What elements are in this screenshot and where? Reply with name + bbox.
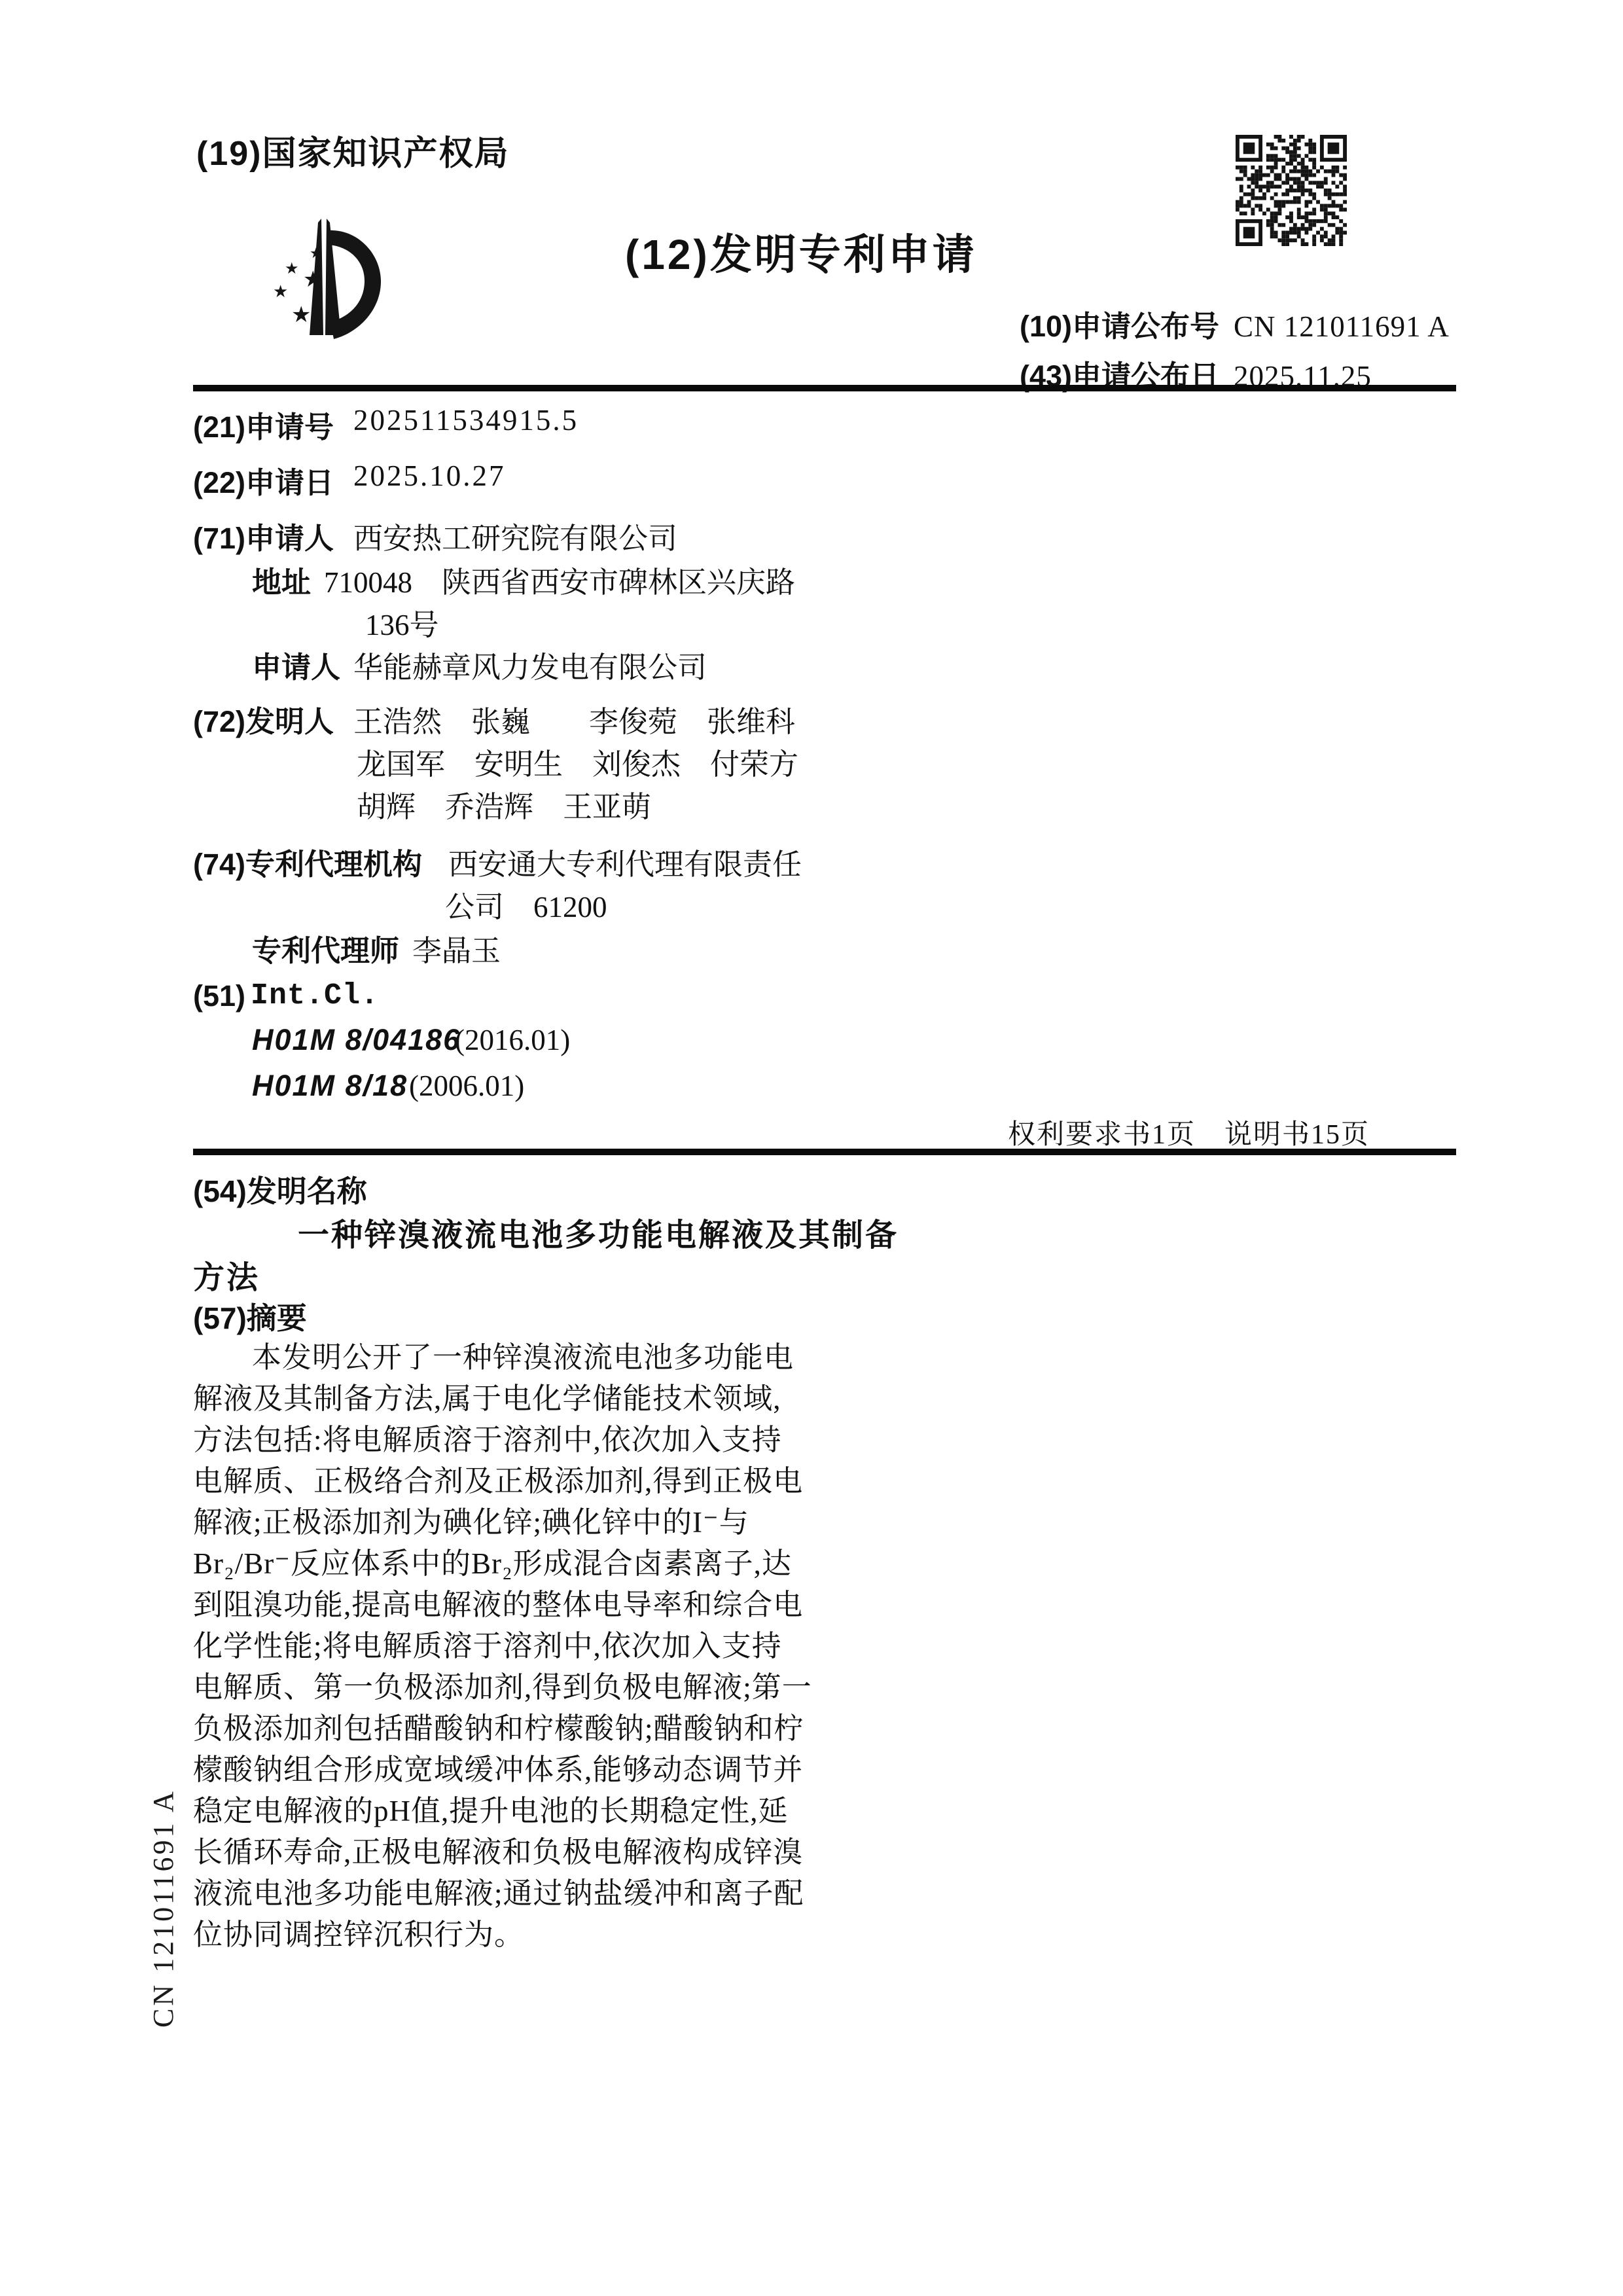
patent-front-page: (19)国家知识产权局 ★ ★ ★ ★ ★ (12)发明专利申请 (10)申请公… [0, 0, 1623, 2296]
abstract-line: 方法包括:将电解质溶于溶剂中,依次加入支持 [193, 1420, 919, 1461]
abstract-line: 负极添加剂包括醋酸钠和柠檬酸钠;醋酸钠和柠 [193, 1708, 919, 1749]
svg-text:★: ★ [285, 259, 299, 278]
publication-number-value: CN 121011691 A [1234, 310, 1450, 343]
applicant2-value: 华能赫章风力发电有限公司 [353, 643, 707, 686]
abstract-line: 液流电池多功能电解液;通过钠盐缓冲和离子配 [193, 1873, 919, 1914]
cnipa-logo-icon: ★ ★ ★ ★ ★ [259, 213, 386, 344]
document-type-title: (12)发明专利申请 [625, 221, 977, 281]
filing-date-value: 2025.10.27 [353, 459, 506, 493]
abstract-line: 到阻溴功能,提高电解液的整体电导率和综合电 [193, 1585, 919, 1626]
publication-number-row: (10)申请公布号CN 121011691 A [1020, 302, 1450, 345]
abstract-line: 长循环寿命,正极电解液和负极电解液构成锌溴 [193, 1832, 919, 1873]
intcl-title: Int.Cl. [251, 979, 379, 1013]
pages-note: 权利要求书1页 说明书15页 [1008, 1113, 1370, 1152]
application-number-value: 202511534915.5 [353, 403, 579, 437]
agency-line1: 西安通大专利代理有限责任 [448, 840, 802, 883]
abstract-line: 电解质、第一负极添加剂,得到负极电解液;第一 [193, 1667, 919, 1708]
abstract-line: Br₂/Br⁻反应体系中的Br₂形成混合卤素离子,达 [193, 1543, 919, 1585]
abstract-line: 电解质、正极络合剂及正极添加剂,得到正极电 [193, 1461, 919, 1502]
inventors-label: (72)发明人 [193, 698, 334, 740]
abstract-line: 本发明公开了一种锌溴液流电池多功能电 [193, 1337, 919, 1378]
applicant1-value: 西安热工研究院有限公司 [353, 514, 677, 557]
biblio-divider [193, 1149, 1456, 1155]
ipc-code: H01M 8/18 [252, 1069, 408, 1103]
invention-title-line1: 一种锌溴液流电池多功能电解液及其制备 [298, 1210, 899, 1255]
ipc-version: (2016.01) [455, 1023, 570, 1057]
inventors-line1: 王浩然 张巍 李俊菀 张维科 [353, 698, 795, 740]
abstract-line: 位协同调控锌沉积行为。 [193, 1914, 919, 1956]
inventors-line3: 胡辉 乔浩辉 王亚萌 [357, 783, 651, 825]
qr-code [1236, 135, 1347, 246]
abstract-line: 檬酸钠组合形成宽域缓冲体系,能够动态调节并 [193, 1749, 919, 1791]
abstract-line: 解液及其制备方法,属于电化学储能技术领域, [193, 1378, 919, 1420]
svg-text:★: ★ [273, 282, 288, 302]
abstract-line: 稳定电解液的pH值,提升电池的长期稳定性,延 [193, 1791, 919, 1832]
application-number-label: (21)申请号 [193, 403, 334, 446]
address-line2: 136号 [365, 601, 439, 643]
publication-number-label: (10)申请公布号 [1020, 310, 1219, 343]
svg-text:★: ★ [303, 266, 323, 293]
invention-title-section-label: (54)发明名称 [193, 1168, 367, 1211]
attorney-label: 专利代理师 [252, 927, 399, 969]
svg-text:★: ★ [291, 302, 311, 328]
applicant-label: (71)申请人 [193, 514, 334, 557]
address-label: 地址 [252, 558, 311, 601]
abstract-text: 本发明公开了一种锌溴液流电池多功能电解液及其制备方法,属于电化学储能技术领域,方… [193, 1337, 919, 1956]
side-publication-code: CN 121011691 A [147, 1789, 180, 2028]
agency-line2: 公司 61200 [445, 883, 607, 925]
svg-text:★: ★ [310, 245, 323, 262]
intcl-label: (51) [193, 979, 245, 1013]
ipc-code: H01M 8/04186 [252, 1023, 461, 1057]
abstract-line: 解液;正极添加剂为碘化锌;碘化锌中的I⁻与 [193, 1502, 919, 1543]
attorney-value: 李晶玉 [412, 927, 501, 969]
filing-date-label: (22)申请日 [193, 459, 334, 501]
agency-label: (74)专利代理机构 [193, 840, 422, 883]
applicant2-label: 申请人 [252, 643, 340, 686]
address-line1: 710048 陕西省西安市碑林区兴庆路 [324, 558, 795, 601]
issuing-office: (19)国家知识产权局 [196, 126, 509, 175]
invention-title-line2: 方法 [193, 1252, 260, 1297]
abstract-line: 化学性能;将电解质溶于溶剂中,依次加入支持 [193, 1626, 919, 1667]
header-divider [193, 385, 1456, 391]
ipc-version: (2006.01) [409, 1069, 524, 1103]
abstract-section-label: (57)摘要 [193, 1295, 307, 1338]
inventors-line2: 龙国军 安明生 刘俊杰 付荣方 [357, 740, 798, 783]
